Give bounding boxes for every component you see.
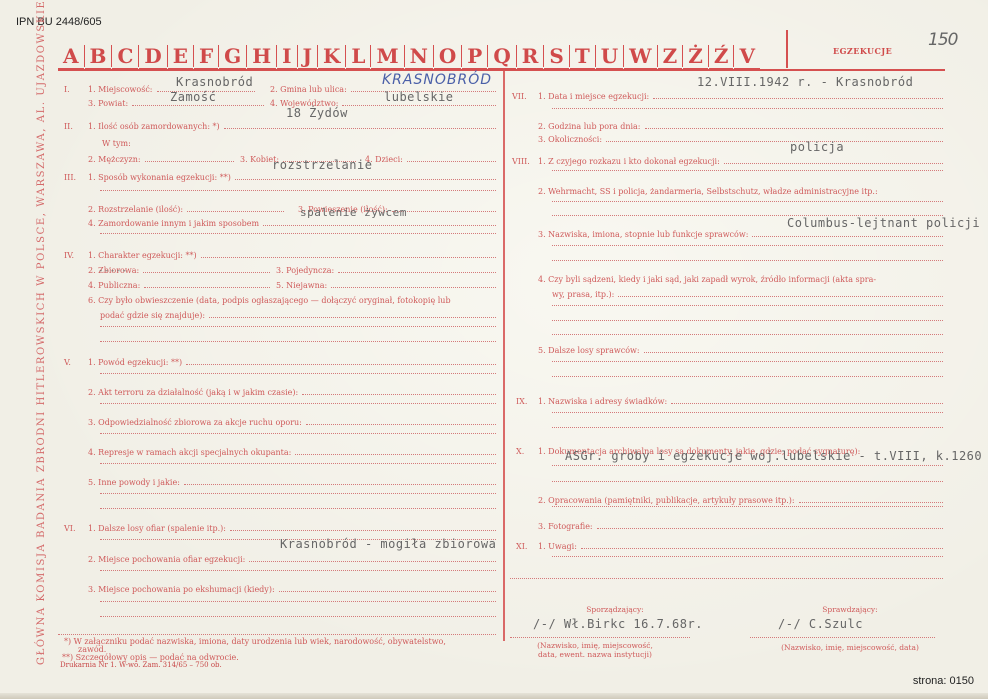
fill-line <box>552 320 943 321</box>
field-label: 5. Dalsze losy sprawców: <box>538 346 640 355</box>
field-losy-sprawcow: 5. Dalsze losy sprawców: <box>538 346 947 355</box>
index-letter: N <box>405 44 433 70</box>
index-letter: C <box>112 44 138 70</box>
field-label: 4. Represje w ramach akcji specjalnych o… <box>88 448 291 457</box>
field-dzieci: 4. Dzieci: <box>365 155 500 164</box>
index-letter: V <box>734 44 760 70</box>
fill-line <box>552 427 943 428</box>
index-letter: O <box>434 44 461 70</box>
fill-line <box>645 127 944 129</box>
field-label: 2. Godzina lub pora dnia: <box>538 122 641 131</box>
field-label: 1. Charakter egzekucji: **) <box>88 251 197 260</box>
fill-line <box>279 590 496 592</box>
alphabet-index: ABCDEFGHIJKLMNOPQRSTUWZŻŹV <box>58 40 760 70</box>
fill-line <box>552 108 943 109</box>
field-label: 3. Fotografie: <box>538 522 593 531</box>
fill-line <box>143 271 270 273</box>
fill-line <box>100 570 496 571</box>
index-letter: L <box>346 44 370 70</box>
signature-line <box>750 637 935 638</box>
field-label: 3. Okoliczności: <box>538 135 602 144</box>
fill-line <box>552 376 943 377</box>
caption-line: (Nazwisko, imię, miejscowość, <box>520 641 670 650</box>
fill-line <box>144 286 270 288</box>
miejscowosc-value: Krasnobród <box>176 75 253 89</box>
fill-line <box>552 305 943 306</box>
field-label: 3. Miejsce pochowania po ekshumacji (kie… <box>88 585 275 594</box>
field-label: 3. Powiat: <box>88 99 128 108</box>
section-number: XI. <box>516 542 538 551</box>
fill-line <box>552 556 943 557</box>
data-miejsce-value: 12.VIII.1942 r. - Krasnobród <box>697 75 913 89</box>
fill-line <box>100 373 496 374</box>
fill-line <box>342 104 496 106</box>
field-label: 4. Publiczna: <box>88 281 140 290</box>
sposob-value: rozstrzelanie <box>272 158 372 172</box>
field-label: 5. Niejawna: <box>276 281 327 290</box>
index-letter: J <box>298 44 317 70</box>
field-sprawcy: 3. Nazwiska, imiona, stopnie lub funkcje… <box>538 230 947 239</box>
field-label: 1. Nazwiska i adresy świadków: <box>538 397 667 406</box>
section-number: IV. <box>64 251 88 260</box>
gmina-handwritten-value: KRASNOBRÓD <box>382 72 492 88</box>
fill-line <box>644 351 943 353</box>
index-letter: K <box>318 44 345 70</box>
fill-line <box>724 162 943 164</box>
field-label: 4. Czy byli sądzeni, kiedy i jaki sąd, j… <box>538 275 876 284</box>
fill-line <box>606 140 943 142</box>
index-letter: P <box>462 44 487 70</box>
index-letter: Z <box>658 44 683 70</box>
field-ilosc-osob: II. 1. Ilość osób zamordowanych: *) <box>64 122 500 131</box>
fill-line <box>552 361 943 362</box>
fill-line <box>187 210 284 212</box>
sprawdzajacy-label: Sprawdzający: <box>800 605 900 614</box>
field-label: podać gdzie się znajduje): <box>100 311 205 320</box>
field-label: wy, prasa, itp.): <box>552 290 614 299</box>
fill-line <box>302 393 496 395</box>
field-label: 1. Uwagi: <box>538 542 577 551</box>
fill-line <box>552 170 943 171</box>
inny-sposob-value: spalenie żywcem <box>300 206 407 219</box>
fill-line <box>338 271 496 273</box>
side-institution-text: GŁÓWNA KOMISJA BADANIA ZBRODNI HITLEROWS… <box>36 0 47 665</box>
page-edge <box>0 693 988 699</box>
fill-line <box>100 233 496 234</box>
field-data-miejsce: VII. 1. Data i miejsce egzekucji: <box>512 92 947 101</box>
fill-line <box>100 508 496 509</box>
sprawdzajacy-signature: /-/ C.Szulc <box>778 617 863 631</box>
fill-line <box>100 403 496 404</box>
index-letter: F <box>194 44 218 70</box>
sprawdzajacy-caption: (Nazwisko, imię, miejscowość, data) <box>765 643 935 652</box>
field-niejawna: 5. Niejawna: <box>276 281 500 290</box>
ilosc-osob-value: 18 Żydów <box>286 106 348 120</box>
field-label: 2. Rozstrzelanie (ilość): <box>88 205 183 214</box>
fill-line <box>552 201 943 202</box>
fill-line <box>132 104 264 106</box>
fill-line <box>184 483 496 485</box>
fill-line <box>331 286 496 288</box>
field-rozstrzelanie: 2. Rozstrzelanie (ilość): <box>88 205 288 214</box>
field-charakter: IV. 1. Charakter egzekucji: **) <box>64 251 500 260</box>
wojewodztwo-value: lubelskie <box>384 90 454 104</box>
sporzadzajacy-label: Sporządzający: <box>555 605 675 614</box>
field-label: 5. Inne powody i jakie: <box>88 478 180 487</box>
field-odpowiedzialnosc: 3. Odpowiedzialność zbiorowa za akcje ru… <box>88 418 500 427</box>
column-divider <box>503 69 505 641</box>
category-label: EGZEKUCJE <box>833 46 892 56</box>
field-godzina: 2. Godzina lub pora dnia: <box>538 122 947 131</box>
alphabet-index-divider <box>786 30 788 68</box>
index-letter: E <box>168 44 193 70</box>
w-tym-label: W tym: <box>102 139 131 148</box>
field-inny-sposob: 4. Zamordowanie innym i jakim sposobem <box>88 219 500 228</box>
field-label: 1. Miejscowość: <box>88 85 153 94</box>
fill-line <box>653 97 943 99</box>
handwritten-page-number: 150 <box>928 30 957 50</box>
fill-line <box>407 160 496 162</box>
fill-line <box>100 463 496 464</box>
field-label: W tym: <box>102 139 131 148</box>
fill-line <box>100 341 496 342</box>
index-letter: W <box>624 44 656 70</box>
page-footer: strona: 0150 <box>913 675 974 687</box>
field-powod: V. 1. Powód egzekucji: **) <box>64 358 500 367</box>
fill-line <box>552 481 943 482</box>
fill-line <box>671 402 943 404</box>
field-label: 2. Akt terroru za działalność (jaką i w … <box>88 388 298 397</box>
section-number: III. <box>64 173 88 182</box>
field-label: 1. Ilość osób zamordowanych: *) <box>88 122 220 131</box>
fill-line <box>618 295 943 297</box>
fill-line <box>597 527 943 529</box>
section-number: II. <box>64 122 88 131</box>
fill-line <box>235 178 496 180</box>
field-ekshumacja: 3. Miejsce pochowania po ekshumacji (kie… <box>88 585 500 594</box>
section-number: V. <box>64 358 88 367</box>
field-label: 1. Dalsze losy ofiar (spalenie itp.): <box>88 524 226 533</box>
fill-line <box>100 616 496 617</box>
dokumentacja-value: ASGr. groby i egzekucje woj.lubelskie - … <box>565 449 982 463</box>
sprawcy-value: Columbus-lejtnant policji <box>787 216 980 230</box>
fill-line <box>145 160 234 162</box>
field-uwagi: XI. 1. Uwagi: <box>516 542 947 551</box>
field-publiczna: 4. Publiczna: <box>88 281 274 290</box>
footnote-1: *) W załączniku podać nazwiska, imiona, … <box>64 637 446 646</box>
field-label: 1. Data i miejsce egzekucji: <box>538 92 649 101</box>
field-swiadkowie: IX. 1. Nazwiska i adresy świadków: <box>516 397 947 406</box>
index-letter: U <box>596 44 623 70</box>
fill-line <box>295 453 496 455</box>
fill-line <box>224 127 496 129</box>
field-mezczyzn: 2. Mężczyzn: <box>88 155 238 164</box>
sporzadzajacy-caption: (Nazwisko, imię, miejscowość, data, ewen… <box>520 641 670 659</box>
field-label: 2. Miejsce pochowania ofiar egzekucji: <box>88 555 245 564</box>
fill-line <box>392 210 496 212</box>
section-number: IX. <box>516 397 538 406</box>
section-number: I. <box>64 85 88 94</box>
field-losy-ofiar: VI. 1. Dalsze losy ofiar (spalenie itp.)… <box>64 524 500 533</box>
index-letter: A <box>58 44 84 70</box>
fill-line <box>209 316 496 318</box>
index-letter: Ź <box>709 44 734 70</box>
fill-line <box>201 256 496 258</box>
sporzadzajacy-signature: /-/ Wł.Birkc 16.7.68r. <box>533 617 703 631</box>
fill-line <box>799 501 943 503</box>
header-rule <box>58 69 945 71</box>
field-sadzeni: 4. Czy byli sądzeni, kiedy i jaki sąd, j… <box>538 275 876 284</box>
field-label: 3. Pojedyncza: <box>276 266 334 275</box>
field-pochowanie: 2. Miejsce pochowania ofiar egzekucji: <box>88 555 500 564</box>
field-akt-terroru: 2. Akt terroru za działalność (jaką i w … <box>88 388 500 397</box>
index-letter: T <box>570 44 595 70</box>
section-number: VII. <box>512 92 538 101</box>
index-letter: S <box>544 44 568 70</box>
field-pojedyncza: 3. Pojedyncza: <box>276 266 500 275</box>
field-label: 2. Opracowania (pamiętniki, publikacje, … <box>538 496 795 505</box>
fill-line <box>552 245 943 246</box>
fill-line <box>552 334 943 335</box>
field-represje: 4. Represje w ramach akcji specjalnych o… <box>88 448 500 457</box>
fill-line <box>552 260 943 261</box>
fill-line <box>552 412 943 413</box>
printer-note: Drukarnia Nr 1. W-wo. Zam. 314/65 – 750 … <box>60 661 222 669</box>
index-letter: M <box>371 44 403 70</box>
index-letter: B <box>85 44 112 70</box>
field-formacje: 2. Wehrmacht, SS i policja, żandarmeria,… <box>538 187 878 196</box>
index-letter: Q <box>488 44 515 70</box>
fill-line <box>752 235 943 237</box>
index-letter: H <box>247 44 276 70</box>
field-label: 2. Wehrmacht, SS i policja, żandarmeria,… <box>538 187 878 196</box>
fill-line <box>552 506 943 507</box>
pochowanie-value: Krasnobród - mogiła zbiorowa <box>280 537 496 551</box>
fill-line <box>100 433 496 434</box>
field-label: 4. Zamordowanie innym i jakim sposobem <box>88 219 259 228</box>
section-number: VI. <box>64 524 88 533</box>
fill-line <box>263 224 496 226</box>
field-label: 1. Sposób wykonania egzekucji: **) <box>88 173 231 182</box>
fill-line <box>186 363 496 365</box>
field-opracowania: 2. Opracowania (pamiętniki, publikacje, … <box>538 496 947 505</box>
index-letter: I <box>277 44 296 70</box>
index-letter: R <box>517 44 544 70</box>
section-number: X. <box>516 447 538 456</box>
field-label: 2. Mężczyzn: <box>88 155 141 164</box>
field-obwieszczenie: 6. Czy było obwieszczenie (data, podpis … <box>88 296 451 305</box>
field-obwieszczenie-cont: podać gdzie się znajduje): <box>100 311 500 320</box>
powiat-value: Zamość <box>170 90 216 104</box>
fill-line <box>100 601 496 602</box>
index-letter: D <box>139 44 166 70</box>
field-okolicznosci: 3. Okoliczności: <box>538 135 947 144</box>
field-inne-powody: 5. Inne powody i jakie: <box>88 478 500 487</box>
index-letter: G <box>219 44 246 70</box>
field-label: 1. Z czyjego rozkazu i kto dokonał egzek… <box>538 157 720 166</box>
field-sadzeni-cont: wy, prasa, itp.): <box>552 290 947 299</box>
fill-line <box>230 529 496 531</box>
field-label: 3. Nazwiska, imiona, stopnie lub funkcje… <box>538 230 748 239</box>
field-rozkaz: VIII. 1. Z czyjego rozkazu i kto dokonał… <box>512 157 947 166</box>
signature-line <box>510 637 690 638</box>
fill-line <box>58 634 496 635</box>
rozkaz-value: policja <box>790 140 844 154</box>
fill-line <box>249 560 496 562</box>
archive-reference: IPN BU 2448/605 <box>16 16 102 28</box>
publiczna-mark: ----- <box>98 266 128 276</box>
index-letter: Ż <box>683 44 708 70</box>
field-label: 3. Odpowiedzialność zbiorowa za akcje ru… <box>88 418 302 427</box>
fill-line <box>100 190 496 191</box>
field-label: 6. Czy było obwieszczenie (data, podpis … <box>88 296 451 305</box>
fill-line <box>552 465 943 466</box>
fill-line <box>581 547 943 549</box>
field-label: 2. Gmina lub ulica: <box>270 85 347 94</box>
fill-line <box>100 493 496 494</box>
field-sposob: III. 1. Sposób wykonania egzekucji: **) <box>64 173 500 182</box>
fill-line <box>100 326 496 327</box>
section-number: VIII. <box>512 157 538 166</box>
field-label: 1. Powód egzekucji: **) <box>88 358 182 367</box>
fill-line <box>510 578 943 579</box>
fill-line <box>306 423 496 425</box>
field-fotografie: 3. Fotografie: <box>538 522 947 531</box>
caption-line: data, ewent. nazwa instytucji) <box>520 650 670 659</box>
